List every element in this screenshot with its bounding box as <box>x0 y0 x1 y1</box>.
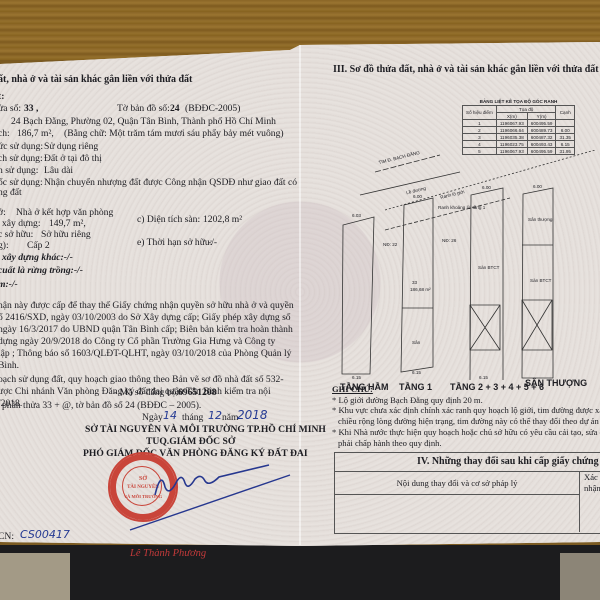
date-year: 2018 <box>237 408 268 422</box>
note-item: * Khi Nhà nước thực hiện quy hoạch hoặc … <box>332 427 600 438</box>
floor-plan-lines <box>300 150 600 380</box>
terrace-label: Sân thượng <box>528 217 552 222</box>
use-form: Sử dụng riêng <box>44 141 98 153</box>
left-section-title: ất, nhà ở và tài sản khác gắn liền với t… <box>0 74 192 86</box>
floor-slab-label: Sàn BTCT <box>478 265 499 270</box>
address: 24 Bạch Đằng, Phường 02, Quận Tân Bình, … <box>11 116 276 128</box>
changes-table: IV. Những thay đổi sau khi cấp giấy chứn… <box>334 452 600 534</box>
issuer-line-2: TUQ.GIÁM ĐỐC SỞ <box>146 436 235 448</box>
parcel-label: 33 <box>412 280 417 285</box>
term: Lâu dài <box>44 165 73 177</box>
origin-cont: ng đất <box>0 187 22 199</box>
area-label: ch: <box>0 128 10 140</box>
map-sheet-label: Tờ bản đồ số: <box>117 103 170 115</box>
construction-area-label: xây dựng: <box>2 218 41 230</box>
purpose-label: ch sử dụng: <box>0 153 43 165</box>
floor-area-label: c) Diện tích sàn: <box>137 214 200 226</box>
note-item: phải chấp hành theo quy định. <box>332 438 600 449</box>
parcel-area: 186,68 m² <box>410 287 431 292</box>
notes-title: GHI CHÚ: <box>332 384 600 395</box>
notes-section: GHI CHÚ: * Lộ giới đường Bạch Đằng quy đ… <box>332 384 600 448</box>
term-label: n sử dụng: <box>0 165 38 177</box>
ownership-label: c sở hữu: <box>0 229 33 241</box>
map-sheet-note: (BĐĐC-2005) <box>185 103 240 115</box>
coord-row: 21196066.64600489.736.00 <box>463 127 575 134</box>
date-day: 14 <box>163 409 177 422</box>
coord-table-title: BẢNG LIỆT KÊ TỌA ĐỘ GÓC RANH <box>462 99 575 104</box>
construction-area: 149,7 m², <box>49 218 86 230</box>
right-section-title: III. Sơ đồ thửa đất, nhà ở và tài sản kh… <box>333 64 599 76</box>
registry-code-label: - Mã số đăng bộ: <box>114 387 179 399</box>
neighbor-left: NĐ: 22 <box>383 242 397 247</box>
ownership-term-label: e) Thời hạn sở hữu: <box>137 237 212 249</box>
perennial: m:-/- <box>0 279 18 291</box>
address-label: : <box>0 116 1 128</box>
coord-row: 11196067.93600495.59 <box>463 120 575 127</box>
grade: Cấp 2 <box>27 240 50 252</box>
note-item: * Khu vực chưa xác định chính xác ranh q… <box>332 405 600 416</box>
grade-label: g): <box>0 240 9 252</box>
floor-area: 1202,8 m² <box>203 214 242 226</box>
neighbor-right: NĐ: 26 <box>442 238 456 243</box>
rooftop-slab-label: Sàn BTCT <box>530 278 551 283</box>
coord-row: 31196035.38600487.3231.35 <box>463 134 575 141</box>
building-line-label: Ranh khoảng lùi tầng 1 <box>438 205 485 210</box>
note-item: * Lộ giới đường Bạch Đằng quy định 20 m. <box>332 395 600 406</box>
parcel-label: ửa số: <box>0 103 21 115</box>
issuer-line-1: SỞ TÀI NGUYÊN VÀ MÔI TRƯỜNG TP.HỒ CHÍ MI… <box>85 424 326 436</box>
coordinate-table: BẢNG LIỆT KÊ TỌA ĐỘ GÓC RANH Số hiệu điể… <box>462 99 575 155</box>
changes-title: IV. Những thay đổi sau khi cấp giấy chứn… <box>335 453 600 472</box>
cert-no-label: CN: <box>0 531 14 543</box>
forest: cuất là rừng trồng:-/- <box>0 265 83 277</box>
changes-col-content: Nội dung thay đổi và cơ sở pháp lý <box>335 472 580 495</box>
land-sub-label: t: <box>0 91 4 103</box>
map-sheet-no: 24 <box>170 103 180 115</box>
house-type-label: ở: <box>0 207 6 219</box>
coord-row: 41196023.75600493.436.15 <box>463 141 575 148</box>
signer-name: Lê Thành Phương <box>130 548 206 561</box>
area: 186,7 m², <box>17 128 54 140</box>
parcel-no: 33 , <box>24 103 38 115</box>
signature <box>125 455 295 535</box>
purpose: Đất ở tại đô thị <box>44 153 102 165</box>
cert-no: CS00417 <box>20 528 70 541</box>
dark-surface-bottom <box>0 545 600 600</box>
note-item: chiều rộng lòng đường hiện trạng, tim đư… <box>332 416 600 427</box>
date-month: 12 <box>208 409 222 422</box>
origin: Nhận chuyển nhượng đất được Công nhận QS… <box>44 177 297 189</box>
registry-code: 69651208 <box>178 387 216 399</box>
house-type: Nhà ở kết hợp văn phòng <box>16 207 113 219</box>
ownership-term: -/- <box>208 237 217 249</box>
area-words: (Bằng chữ: Một trăm tám mươi sáu phẩy bả… <box>64 128 284 140</box>
other-construction: xây dựng khác:-/- <box>2 252 73 264</box>
ownership: Sở hữu riêng <box>41 229 91 241</box>
yard-label: Sân <box>412 340 420 345</box>
use-form-label: ức sử dụng: <box>0 141 43 153</box>
changes-col-confirm: Xác nhận <box>580 472 600 533</box>
floor-plan-diagram: TIM Đ. BẠCH ĐẰNG Lề đường Ranh lộ giới R… <box>300 150 600 380</box>
